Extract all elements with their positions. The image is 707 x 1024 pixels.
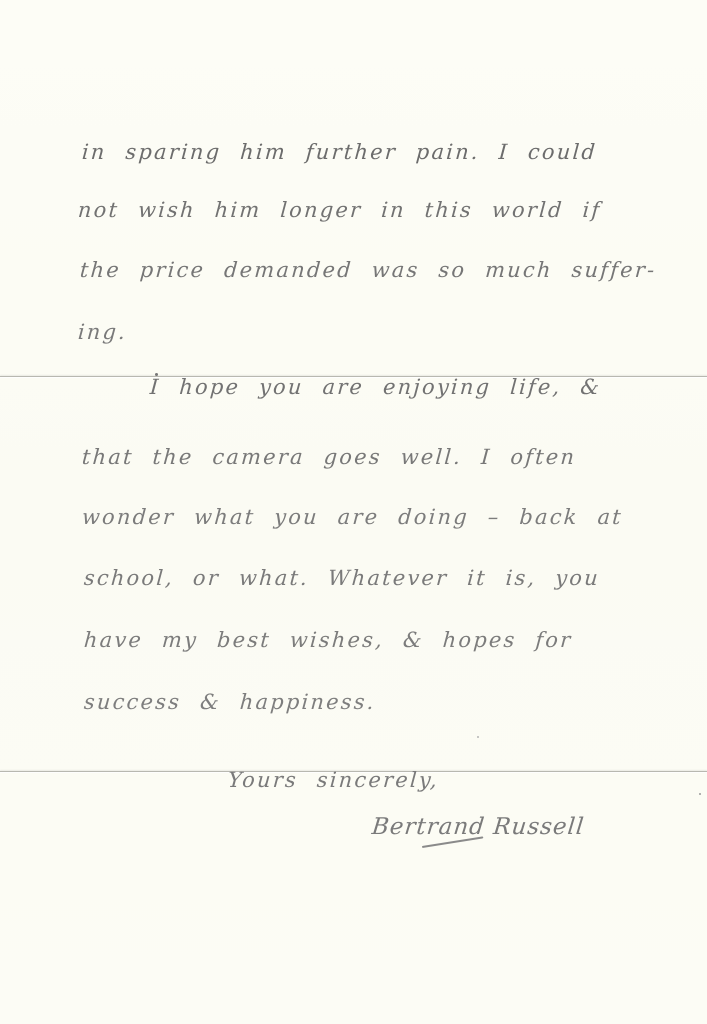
letter-line: not wish him longer in this world if [77, 198, 602, 222]
letter-line: school, or what. Whatever it is, you [83, 566, 601, 590]
letter-closing: Yours sincerely, [227, 768, 440, 792]
letter-page: in sparing him further pain. I could not… [0, 0, 707, 1024]
ink-speck [477, 736, 479, 738]
letter-line: ing. [77, 320, 128, 344]
letter-line: that the camera goes well. I often [81, 445, 577, 469]
letter-line: the price demanded was so much suffer- [79, 258, 657, 282]
letter-line: wonder what you are doing – back at [81, 505, 624, 529]
letter-paragraph-start: I hope you are enjoying life, & [149, 375, 602, 399]
letter-line: in sparing him further pain. I could [81, 140, 598, 164]
ink-speck [699, 793, 701, 795]
letter-line: have my best wishes, & hopes for [83, 628, 573, 652]
letter-line: success & happiness. [83, 690, 376, 714]
